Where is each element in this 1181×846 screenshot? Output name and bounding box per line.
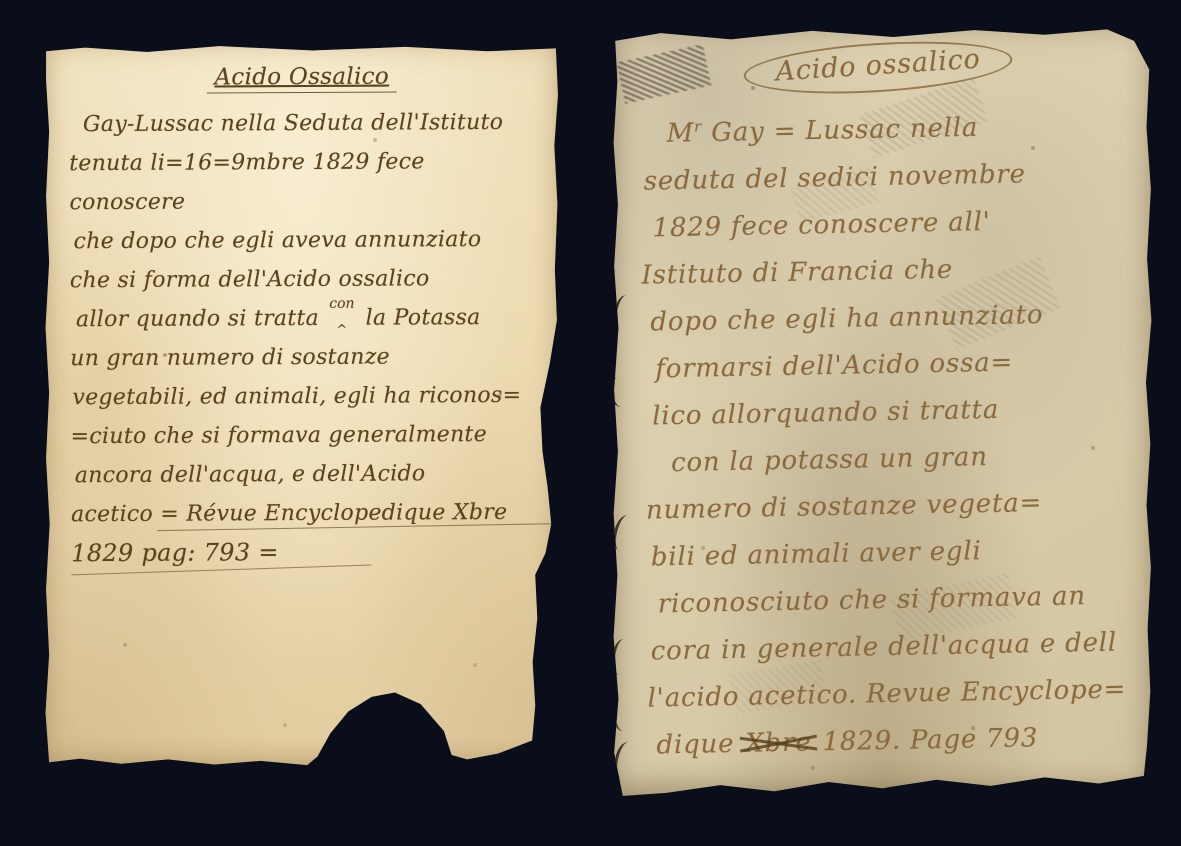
line-text: dique [656,728,743,760]
title-text: Acido Ossalico [206,64,397,94]
margin-ink-mark [611,294,636,333]
manuscript-line: Gay-Lussac nella Seduta dell'Istituto [83,103,535,144]
paper-specks [44,44,46,46]
line-text: 1829. Page 793 [813,723,1038,757]
citation-line: acetico = Révue Encyclopedique Xbre [71,493,537,534]
right-page-text: Acido ossalico Mr Gay = Lussac nella sed… [635,38,1135,769]
manuscript-line-with-strikethrough: dique Xbre 1829. Page 793 [656,713,1135,769]
struck-out-word: Xbre [743,719,814,767]
line-text: M [666,118,694,149]
manuscript-line: tenuta li=16=9mbre 1829 fece conoscere [69,142,535,222]
citation-underlined-text: Révue Encyclopedique Xbre [186,500,507,527]
margin-ink-mark [610,638,634,676]
line-text: allor quando si tratta [76,306,326,332]
manuscript-line: Mr Gay = Lussac nella [666,95,1123,157]
manuscript-line: vegetabili, ed animali, egli ha riconos= [72,376,536,417]
manuscript-line: =ciuto che si formava generalmente [71,415,537,456]
margin-ink-mark [608,376,630,408]
margin-ink-mark [610,513,637,553]
title-oval: Acido ossalico [743,35,1015,101]
line-text: la Potassa [358,305,480,331]
paper-specks [612,27,614,29]
left-page-text: Acido Ossalico Gay-Lussac nella Seduta d… [69,57,538,573]
title-text: Acido ossalico [775,44,982,88]
line-text: acetico = [71,502,186,528]
caret-insertion: con^ [326,303,358,325]
manuscript-line-with-insertion: allor quando si tratta con^ la Potassa [76,298,536,339]
manuscript-line: riconosciuto che si formava an [657,572,1132,628]
line-text: Gay = Lussac nella [702,113,979,148]
manuscript-line: ancora dell'acqua, e dell'Acido [75,454,537,495]
left-page-title: Acido Ossalico [69,57,535,98]
left-manuscript-page: Acido Ossalico Gay-Lussac nella Seduta d… [44,44,560,771]
photo-background: Acido Ossalico Gay-Lussac nella Seduta d… [0,0,1181,846]
right-page-title: Acido ossalico [635,38,1122,96]
manuscript-line: un gran numero di sostanze [70,337,536,378]
manuscript-line: che dopo che egli aveva annunziato [74,220,536,261]
right-manuscript-page: Acido ossalico Mr Gay = Lussac nella sed… [612,27,1153,799]
page-reference-line: 1829 pag: 793 = [71,532,537,573]
line-text: 1829 pag: 793 = [71,538,279,567]
margin-ink-mark [611,740,637,779]
margin-ink-mark [611,694,632,731]
caret-mark: ^ [336,311,347,350]
manuscript-line: l'acido acetico. Revue Encyclope= [647,666,1134,722]
manuscript-line: che si forma dell'Acido ossalico [70,259,536,300]
